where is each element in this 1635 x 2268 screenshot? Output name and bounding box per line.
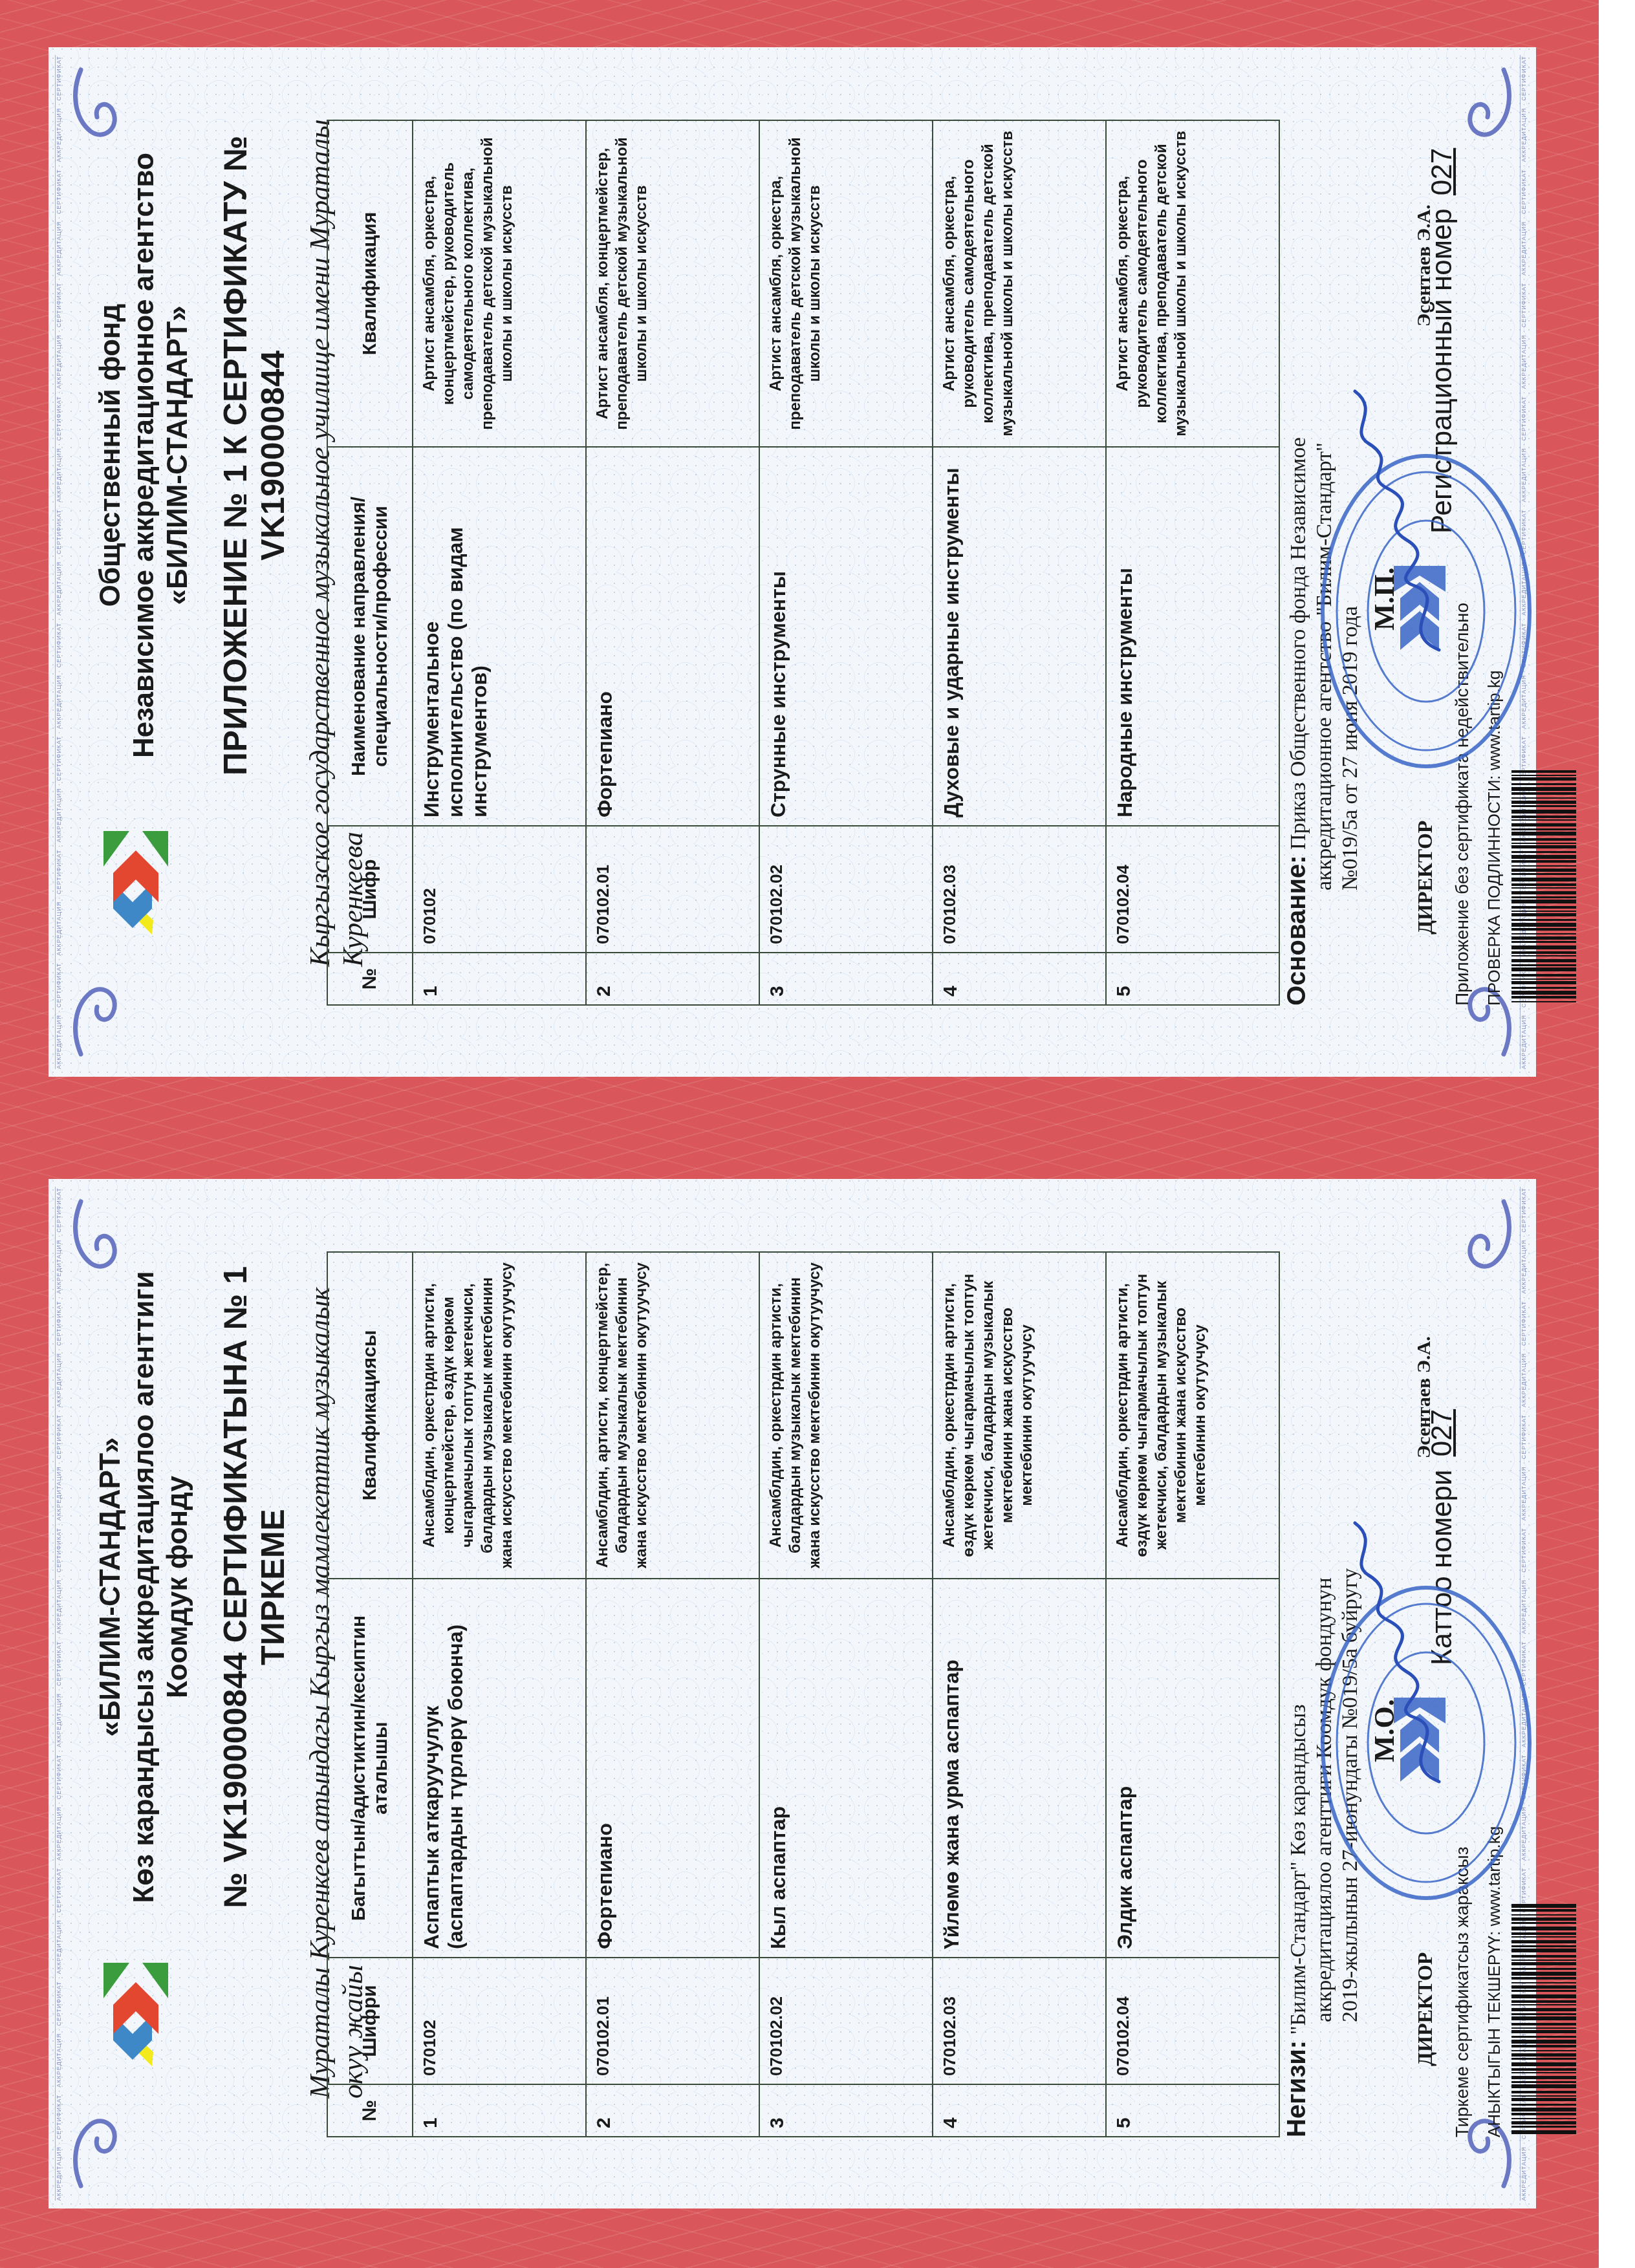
certificate-spread: АККРЕДИТАЦИЯ · СЕРТИФИКАТ · АККРЕДИТАЦИЯ…: [0, 0, 1635, 2268]
qualification: Артист ансамбля, концертмейстер, препода…: [586, 120, 759, 447]
row-number: 3: [759, 2084, 933, 2137]
row-number: 1: [413, 2084, 586, 2137]
registration-value: 027: [1426, 148, 1458, 195]
org-name-line: Көз карандысыз аккредитациялоо агенттиги: [127, 1237, 161, 1937]
column-header-qualification: Квалификация: [327, 120, 413, 447]
row-number: 5: [1106, 2084, 1279, 2137]
specialty-name: Фортепиано: [586, 1579, 759, 1958]
specialty-code: 070102.03: [933, 1958, 1106, 2084]
basis-label: Основание:: [1283, 855, 1311, 1006]
director-signature: [1342, 1517, 1465, 1788]
table-row: 5070102.04Элдик аспаптарАнсамблдин, орке…: [1106, 1252, 1279, 2137]
specialty-name: Народные инструменты: [1106, 447, 1279, 826]
row-number: 4: [933, 2084, 1106, 2137]
appendix-title: № VK190000844 СЕРТИФИКАТЫНА № 1 ТИРКЕМЕ: [217, 1237, 292, 1937]
row-number: 2: [586, 953, 759, 1005]
table-row: 3070102.02Струнные инструментыАртист анс…: [759, 120, 933, 1005]
table-header-row: № Шифри Багыттын/адистиктин/кесиптин ата…: [327, 1252, 413, 2137]
table-row: 1070102Аспаптык аткаруучулук (аспаптарды…: [413, 1252, 586, 2137]
bilim-standart-logo-icon: [94, 825, 178, 947]
table-header-row: № Шифр Наименование направления/специаль…: [327, 120, 413, 1005]
swirl-ornament-icon: [68, 973, 126, 1057]
specialty-code: 070102.03: [933, 826, 1106, 953]
specialty-name: Үйлөмө жана урма аспаптар: [933, 1579, 1106, 1958]
director-label: ДИРЕКТОР: [1413, 821, 1437, 934]
specialty-code: 070102.04: [1106, 826, 1279, 953]
column-header-specialty: Наименование направления/специальности/п…: [327, 447, 413, 826]
table-row: 5070102.04Народные инструментыАртист анс…: [1106, 120, 1279, 1005]
table-row: 4070102.03Үйлөмө жана урма аспаптарАнсам…: [933, 1252, 1106, 2137]
kyrgyz-appendix-panel: АККРЕДИТАЦИЯ · СЕРТИФИКАТ · АККРЕДИТАЦИЯ…: [49, 1179, 1536, 2209]
specialty-name: Аспаптык аткаруучулук (аспаптардын түрлө…: [413, 1579, 586, 1958]
specialty-code: 070102.02: [759, 1958, 933, 2084]
table-row: 2070102.01ФортепианоАнсамблдин, артисти,…: [586, 1252, 759, 2137]
column-header-number: №: [327, 953, 413, 1005]
specialty-code: 070102.01: [586, 1958, 759, 2084]
russian-appendix-panel: АККРЕДИТАЦИЯ · СЕРТИФИКАТ · АККРЕДИТАЦИЯ…: [49, 47, 1536, 1077]
specialties-table: № Шифр Наименование направления/специаль…: [327, 120, 1280, 1006]
qualification: Ансамблдин, оркестрдин артисти, балдарды…: [759, 1252, 933, 1579]
row-number: 2: [586, 2084, 759, 2137]
row-number: 3: [759, 953, 933, 1005]
specialty-code: 070102.02: [759, 826, 933, 953]
swirl-ornament-icon: [1458, 67, 1517, 151]
column-header-number: №: [327, 2084, 413, 2137]
bilim-standart-logo-icon: [94, 1956, 178, 2079]
specialty-name: Духовые и ударные инструменты: [933, 447, 1106, 826]
qualification: Ансамблдин, оркестрдин артисти, өздүк кө…: [933, 1252, 1106, 1579]
basis-text: "Билим-Стандарт" Көз карандысыз: [1286, 1704, 1310, 2035]
table-row: 2070102.01ФортепианоАртист ансамбля, кон…: [586, 120, 759, 1005]
microprint-line: АККРЕДИТАЦИЯ · СЕРТИФИКАТ · АККРЕДИТАЦИЯ…: [55, 55, 65, 1069]
basis-text: Приказ Общественного фонда Независимое: [1286, 437, 1310, 850]
qualification: Ансамблдин, оркестрдин артисти, өздүк кө…: [1106, 1252, 1279, 1579]
specialty-code: 070102: [413, 826, 586, 953]
qualification: Артист ансамбля, оркестра, руководитель …: [933, 120, 1106, 447]
column-header-code: Шифри: [327, 1958, 413, 2084]
column-header-specialty: Багыттын/адистиктин/кесиптин аталышы: [327, 1579, 413, 1958]
row-number: 5: [1106, 953, 1279, 1005]
swirl-ornament-icon: [68, 2105, 126, 2189]
org-name-line: Общественный фонд: [94, 105, 127, 805]
specialty-name: Кыл аспаптар: [759, 1579, 933, 1958]
specialty-name: Инструментальное исполнительство (по вид…: [413, 447, 586, 826]
registration-value: 027: [1426, 1409, 1458, 1456]
column-header-code: Шифр: [327, 826, 413, 953]
qualification: Артист ансамбля, оркестра, руководитель …: [1106, 120, 1279, 447]
barcode: [1511, 1901, 1576, 2134]
swirl-ornament-icon: [1458, 1198, 1517, 1282]
specialty-code: 070102: [413, 1958, 586, 2084]
specialties-table: № Шифри Багыттын/адистиктин/кесиптин ата…: [327, 1251, 1280, 2137]
row-number: 1: [413, 953, 586, 1005]
specialty-name: Фортепиано: [586, 447, 759, 826]
appendix-title: ПРИЛОЖЕНИЕ № 1 К СЕРТИФИКАТУ № VK1900008…: [217, 105, 292, 805]
specialty-name: Струнные инструменты: [759, 447, 933, 826]
qualification: Артист ансамбля, оркестра, концертмейсте…: [413, 120, 586, 447]
director-label: ДИРЕКТОР: [1413, 1952, 1437, 2066]
microprint-line: АККРЕДИТАЦИЯ · СЕРТИФИКАТ · АККРЕДИТАЦИЯ…: [55, 1187, 65, 2201]
director-signature: [1342, 385, 1465, 656]
org-name-line: Независимое аккредитационное агентство: [127, 105, 161, 805]
org-name-line: «БИЛИМ-СТАНДАРТ»: [94, 1237, 127, 1937]
table-row: 4070102.03Духовые и ударные инструментыА…: [933, 120, 1106, 1005]
qualification: Ансамблдин, оркестрдин артисти, концертм…: [413, 1252, 586, 1579]
column-header-qualification: Квалификациясы: [327, 1252, 413, 1579]
specialty-name: Элдик аспаптар: [1106, 1579, 1279, 1958]
qualification: Ансамблдин, артисти, концертмейстер, бал…: [586, 1252, 759, 1579]
qualification: Артист ансамбля, оркестра, преподаватель…: [759, 120, 933, 447]
row-number: 4: [933, 953, 1106, 1005]
table-row: 1070102Инструментальное исполнительство …: [413, 120, 586, 1005]
basis-label: Негизи:: [1283, 2040, 1311, 2137]
specialty-code: 070102.04: [1106, 1958, 1279, 2084]
org-name-line: «БИЛИМ-СТАНДАРТ»: [161, 105, 195, 805]
org-name-line: Коомдук фонду: [161, 1237, 195, 1937]
specialty-code: 070102.01: [586, 826, 759, 953]
barcode: [1511, 770, 1576, 1002]
table-row: 3070102.02Кыл аспаптарАнсамблдин, оркест…: [759, 1252, 933, 2137]
